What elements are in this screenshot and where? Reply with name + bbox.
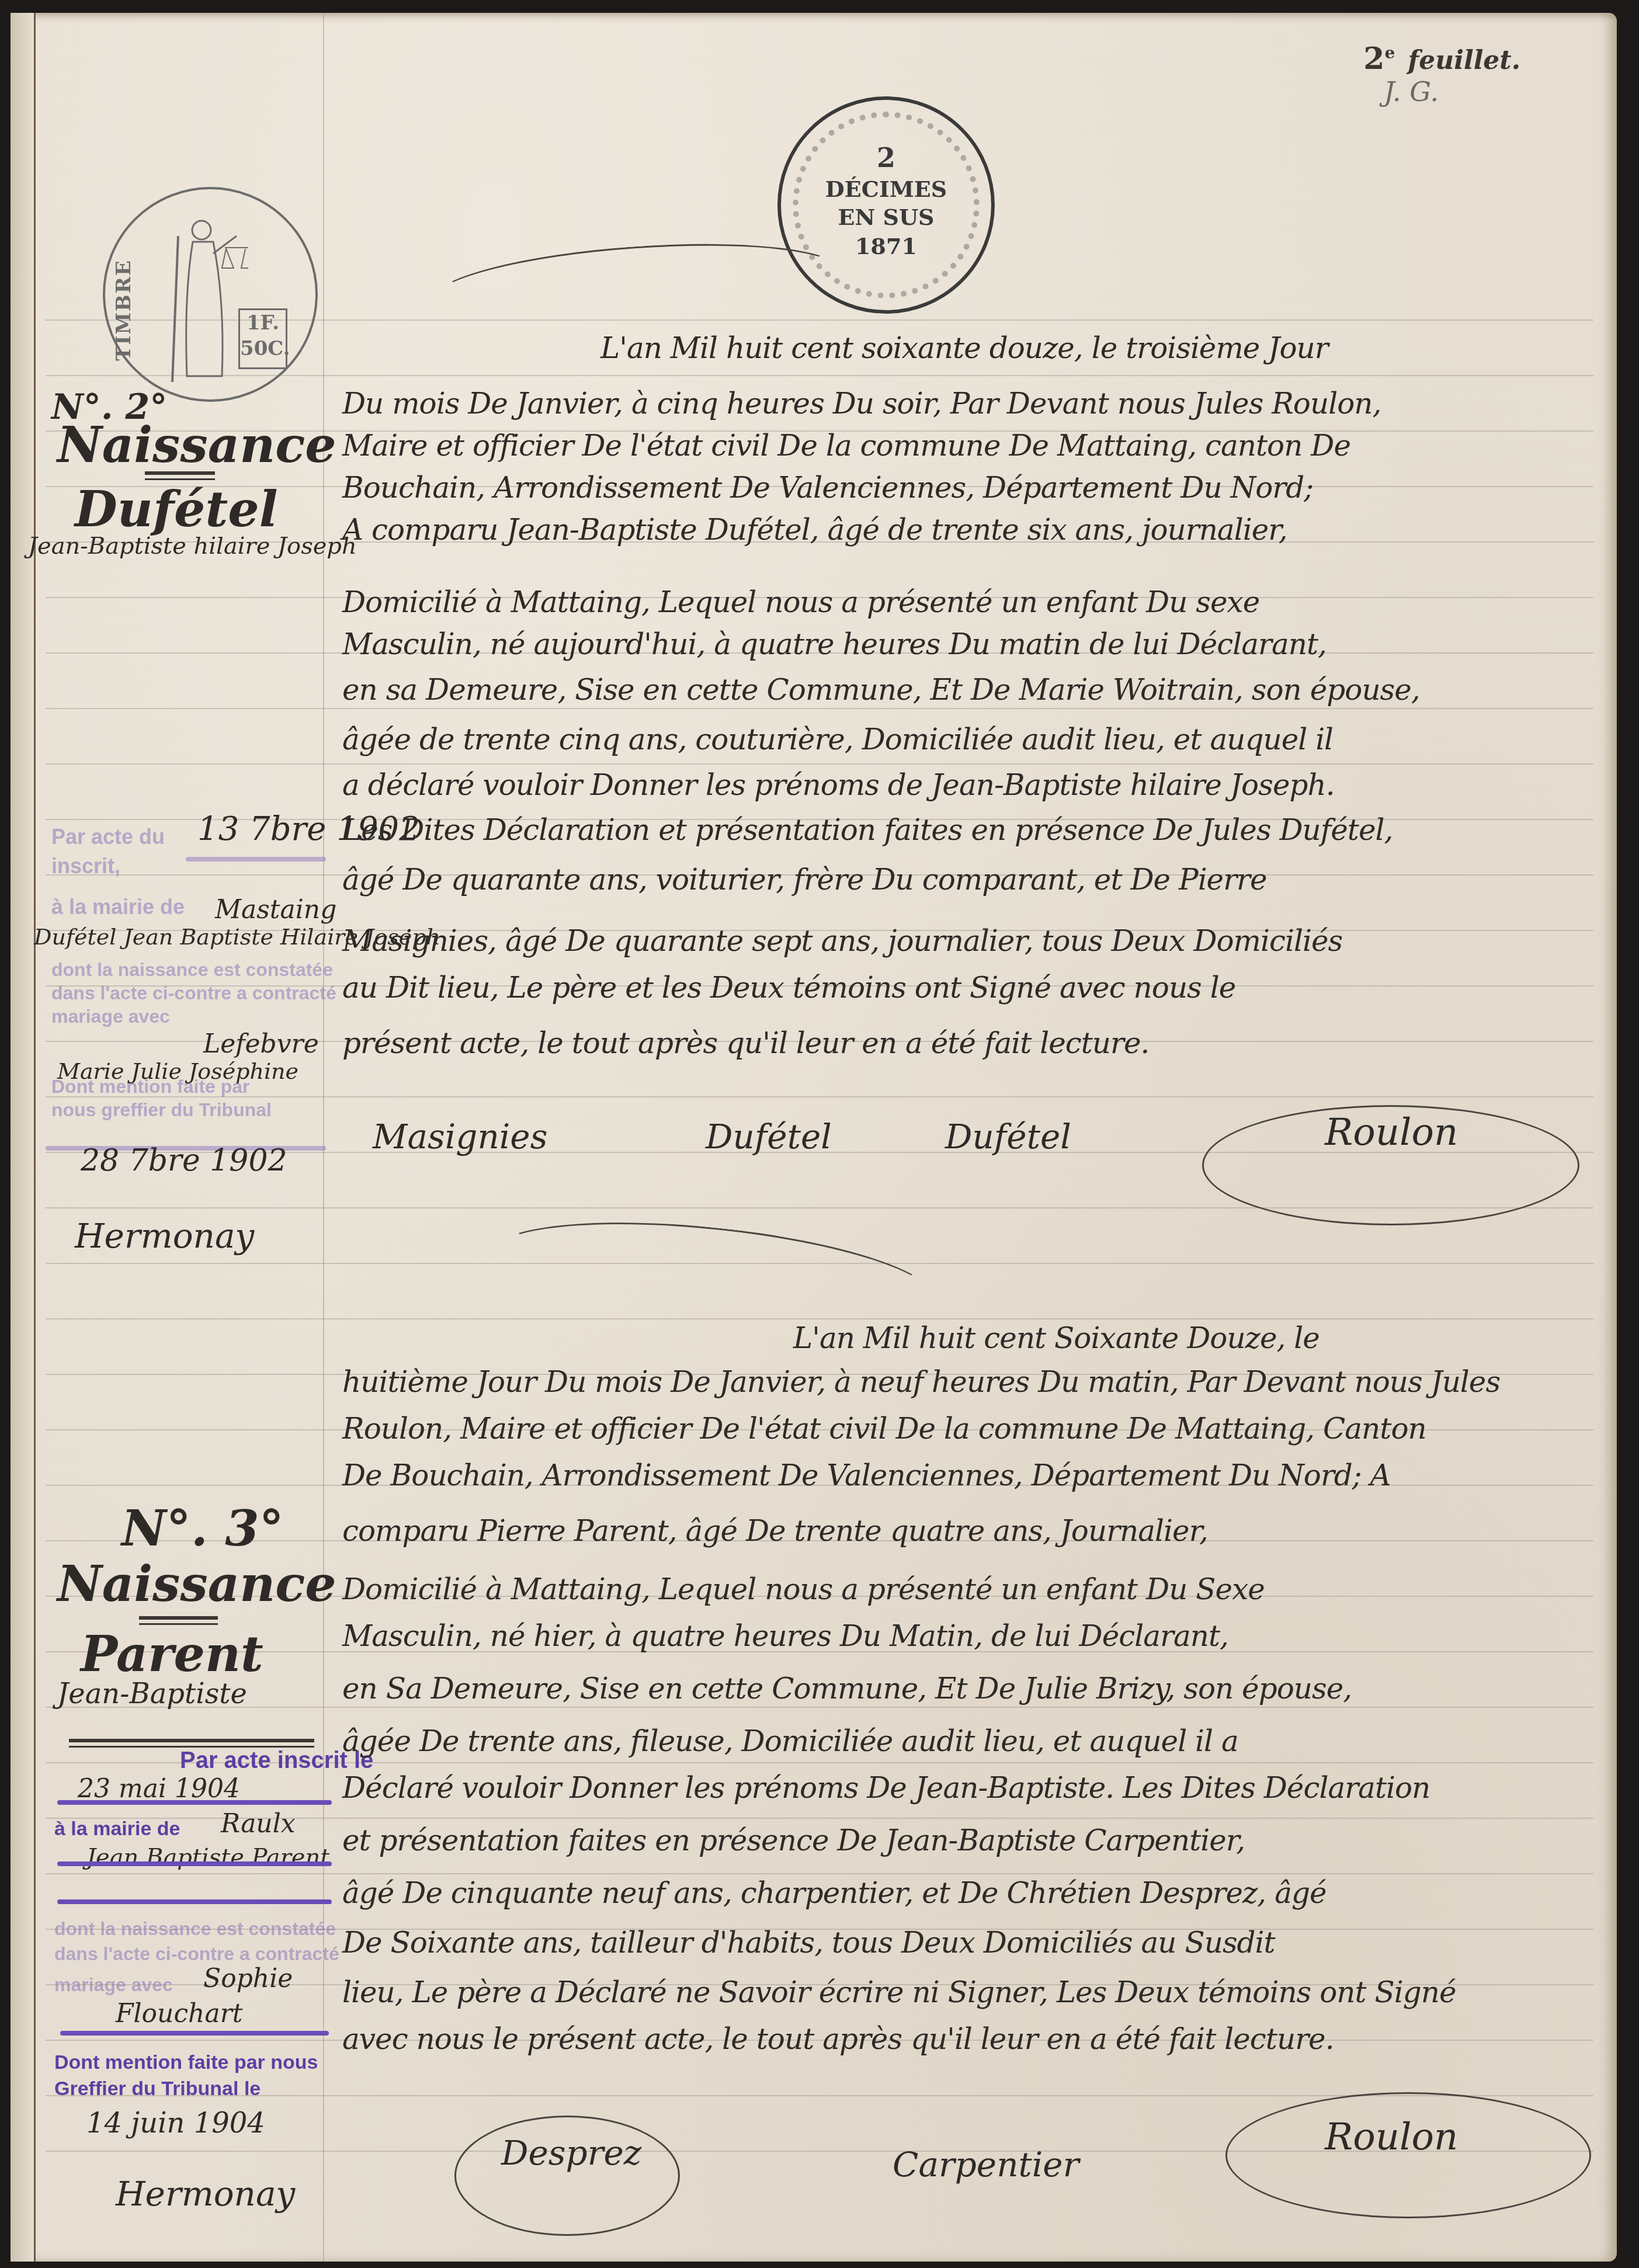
timbre-centimes: 50C.: [240, 336, 286, 362]
act2-stamp-bar: [57, 1800, 332, 1805]
act2-stamp-line: dans l'acte ci-contre a contracté: [54, 1943, 339, 1965]
act1-stamp-line: dont la naissance est constatée: [51, 959, 333, 981]
act2-stamp-line: Greffier du Tribunal le: [54, 2078, 261, 2100]
act2-signature-witness: Carpentier: [893, 2145, 1079, 2184]
act1-annotation-mention-date: 28 7bre 1902: [81, 1143, 287, 1178]
timbre-value: 1F. 50C.: [238, 308, 287, 369]
act1-stamp-line: à la mairie de: [51, 895, 185, 919]
decimes-line1: DÉCIMES: [781, 176, 991, 202]
act1-line: en sa Demeure, Sise en cette Commune, Et…: [342, 673, 1420, 707]
act2-annotation-spouse-given: Sophie: [203, 1964, 293, 1993]
sheet-initials: J. G.: [1384, 76, 1439, 107]
act2-line: Domicilié à Mattaing, Lequel nous a prés…: [342, 1572, 1265, 1606]
act2-given-names: Jean-Baptiste: [57, 1677, 247, 1710]
mayor-signature-flourish: [1202, 1105, 1579, 1225]
act1-line: Du mois De Janvier, à cinq heures Du soi…: [342, 387, 1381, 421]
act1-line: présent acte, le tout après qu'il leur e…: [342, 1026, 1149, 1060]
act2-annotation-place: Raulx: [221, 1809, 296, 1839]
act1-stamp-line: dans l'acte ci-contre a contracté: [51, 982, 336, 1004]
act2-stamp-line: mariage avec: [54, 1974, 173, 1996]
act1-signature-father: Dufétel: [945, 1117, 1071, 1156]
act1-type: Naissance: [57, 416, 336, 474]
act2-stamp-line: dont la naissance est constatée: [54, 1918, 336, 1940]
act1-line: Les Dites Déclaration et présentation fa…: [342, 813, 1393, 847]
act1-line: Masignies, âgé De quarante sept ans, jou…: [342, 924, 1342, 958]
act2-stamp-line: Dont mention faite par nous: [54, 2051, 318, 2074]
act1-surname: Dufétel: [75, 480, 278, 538]
act2-annotation-date: 23 mai 1904: [78, 1774, 240, 1804]
act1-stamp-line: nous greffier du Tribunal: [51, 1099, 272, 1121]
act1-line: âgée de trente cinq ans, couturière, Dom…: [342, 723, 1333, 756]
page-binding: [11, 13, 36, 2262]
sheet-label: feuillet.: [1408, 46, 1520, 75]
act2-stamp-bar: [57, 1899, 332, 1904]
act2-type: Naissance: [57, 1555, 336, 1613]
act1-line: a déclaré vouloir Donner les prénoms de …: [342, 768, 1335, 802]
act1-signature-witness: Dufétel: [706, 1117, 832, 1156]
mayor-signature-flourish: [1225, 2092, 1591, 2218]
act1-stamp-bar: [186, 857, 326, 862]
act2-annotation-spouse-surname: Flouchart: [116, 1999, 242, 2029]
act1-line: au Dit lieu, Le père et les Deux témoins…: [342, 971, 1235, 1005]
act2-stamp-bar: [57, 1861, 332, 1866]
act1-line: Masculin, né aujourd'hui, à quatre heure…: [342, 627, 1327, 661]
act1-annotation-spouse-surname: Lefebvre: [203, 1029, 319, 1059]
ruled-line: [46, 1096, 1593, 1097]
act1-line: Bouchain, Arrondissement De Valenciennes…: [342, 471, 1313, 505]
act2-stamp-line: à la mairie de: [54, 1818, 180, 1840]
act2-greffier-signature: Hermonay: [116, 2174, 295, 2214]
act2-line: et présentation faites en présence De Je…: [342, 1824, 1245, 1857]
act2-surname-rule: [139, 1616, 218, 1620]
act2-line: huitième Jour Du mois De Janvier, à neuf…: [342, 1365, 1500, 1399]
act1-line: L'an Mil huit cent soixante douze, le tr…: [600, 331, 1328, 365]
timbre-word: TIMBRE: [112, 259, 136, 361]
act2-line: avec nous le présent acte, le tout après…: [342, 2022, 1334, 2056]
timbre-stamp: TIMBRE 1F. 50C.: [103, 187, 318, 402]
ruled-line: [46, 763, 1593, 765]
act2-line: L'an Mil huit cent Soixante Douze, le: [793, 1321, 1319, 1355]
register-page: 2efeuillet. J. G. TIMBRE 1F. 50C. 2 DÉCI…: [11, 13, 1617, 2262]
act1-line: Maire et officier De l'état civil De la …: [342, 429, 1350, 463]
act1-greffier-signature: Hermonay: [75, 1216, 254, 1256]
act2-annotation-mention-date: 14 juin 1904: [86, 2107, 265, 2140]
act2-number: N°. 3°: [121, 1499, 284, 1557]
act1-line: âgé De quarante ans, voiturier, frère Du…: [342, 863, 1267, 897]
act2-annotation-person: Jean Baptiste Parent: [86, 1844, 329, 1871]
act1-line: A comparu Jean-Baptiste Dufétel, âgé de …: [342, 513, 1287, 547]
act2-closing-rule: [69, 1739, 314, 1742]
act1-surname-rule: [145, 471, 215, 475]
justice-figure-icon: [161, 213, 248, 388]
act2-line: comparu Pierre Parent, âgé De trente qua…: [342, 1514, 1208, 1548]
ruled-line: [46, 708, 1593, 709]
ruled-line: [46, 1707, 1593, 1708]
act1-line: Domicilié à Mattaing, Lequel nous a prés…: [342, 585, 1259, 619]
desprez-signature-flourish: [454, 2116, 680, 2236]
act1-stamp-line: inscrit,: [51, 854, 120, 878]
sheet-number-suffix: e: [1384, 43, 1395, 62]
act1-stamp-line: mariage avec: [51, 1006, 170, 1027]
sheet-number-value: 2: [1363, 41, 1384, 77]
act1-given-names: Jean-Baptiste hilaire Joseph: [28, 533, 357, 560]
act2-line: lieu, Le père a Déclaré ne Savoir écrire…: [342, 1975, 1456, 2009]
act1-signature-witness: Masignies: [373, 1117, 547, 1156]
opening-flourish: [429, 232, 846, 341]
act2-line: De Soixante ans, tailleur d'habits, tous…: [342, 1926, 1275, 1960]
decimes-number: 2: [781, 142, 991, 173]
act2-line: âgé De cinquante neuf ans, charpentier, …: [342, 1876, 1327, 1910]
decimes-line2: EN SUS: [781, 204, 991, 230]
sheet-number: 2efeuillet.: [1363, 41, 1520, 77]
act2-line: âgée De trente ans, fileuse, Domiciliée …: [342, 1724, 1238, 1758]
act2-surname: Parent: [81, 1625, 263, 1683]
act2-line: Déclaré vouloir Donner les prénoms De Je…: [342, 1771, 1430, 1805]
timbre-francs: 1F.: [240, 310, 286, 336]
act1-annotation-place: Mastaing: [215, 895, 336, 925]
act2-line: Roulon, Maire et officier De l'état civi…: [342, 1412, 1426, 1446]
ruled-line: [46, 1873, 1593, 1874]
act2-line: en Sa Demeure, Sise en cette Commune, Et…: [342, 1672, 1352, 1706]
act2-line: De Bouchain, Arrondissement De Valencien…: [342, 1458, 1391, 1492]
act2-line: Masculin, né hier, à quatre heures Du Ma…: [342, 1619, 1228, 1653]
act2-stamp-bar: [60, 2031, 329, 2036]
act1-annotation-spouse-given: Marie Julie Joséphine: [57, 1058, 298, 1084]
act1-stamp-line: Par acte du: [51, 825, 165, 849]
